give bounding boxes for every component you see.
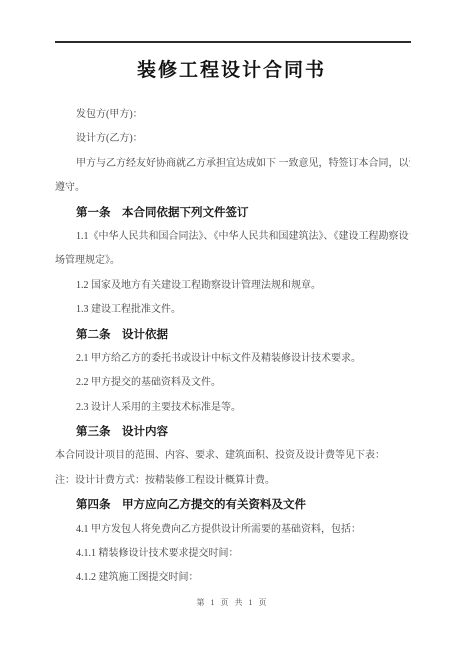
- party-a-line: 发包方(甲方)：: [55, 103, 410, 127]
- party-b-line: 设计方(乙方)：: [55, 127, 410, 151]
- clause-1-heading: 第一条 本合同依据下列文件签订: [55, 201, 410, 225]
- clause-1-1-line-1: 1.1《中华人民共和国合同法》、《中华人民共和国建筑法》、《建设工程勘察设计市: [55, 225, 410, 249]
- clause-2-heading: 第二条 设计依据: [55, 323, 410, 347]
- preamble-line-2: 遵守。: [55, 176, 410, 200]
- clause-4-1-1: 4.1.1 精装修设计技术要求提交时间：: [55, 542, 410, 566]
- document-body: 发包方(甲方)： 设计方(乙方)： 甲方与乙方经友好协商就乙方承担宜达成如下 一…: [55, 103, 410, 615]
- header-divider: [55, 41, 411, 43]
- clause-1-2: 1.2 国家及地方有关建设工程勘察设计管理法规和规章。: [55, 274, 410, 298]
- document-title: 装修工程设计合同书: [0, 55, 463, 82]
- clause-1-1-line-2: 场管理规定》。: [55, 249, 410, 273]
- clause-2-1: 2.1 甲方给乙方的委托书或设计中标文件及精装修设计技术要求。: [55, 347, 410, 371]
- clause-4-heading: 第四条 甲方应向乙方提交的有关资料及文件: [55, 493, 410, 517]
- clause-2-3: 2.3 设计人采用的主要技术标准是等。: [55, 396, 410, 420]
- clause-2-2: 2.2 甲方提交的基础资料及文件。: [55, 371, 410, 395]
- clause-3-note: 注：设计计费方式：按精装修工程设计概算计费。: [55, 469, 410, 493]
- contract-document-page: 装修工程设计合同书 发包方(甲方)： 设计方(乙方)： 甲方与乙方经友好协商就乙…: [0, 0, 463, 655]
- preamble-line-1: 甲方与乙方经友好协商就乙方承担宜达成如下 一致意见，特签订本合同，以资共同: [55, 152, 410, 176]
- clause-3-heading: 第三条 设计内容: [55, 420, 410, 444]
- clause-1-3: 1.3 建设工程批准文件。: [55, 298, 410, 322]
- clause-3-body: 本合同设计项目的范围、内容、要求、建筑面积、投资及设计费等见下表：: [55, 444, 410, 468]
- clause-4-1-2: 4.1.2 建筑施工图提交时间：: [55, 566, 410, 590]
- page-number-footer: 第 1 页 共 1 页: [55, 591, 410, 615]
- clause-4-1: 4.1 甲方发包人将免费向乙方提供设计所需要的基础资料，包括：: [55, 518, 410, 542]
